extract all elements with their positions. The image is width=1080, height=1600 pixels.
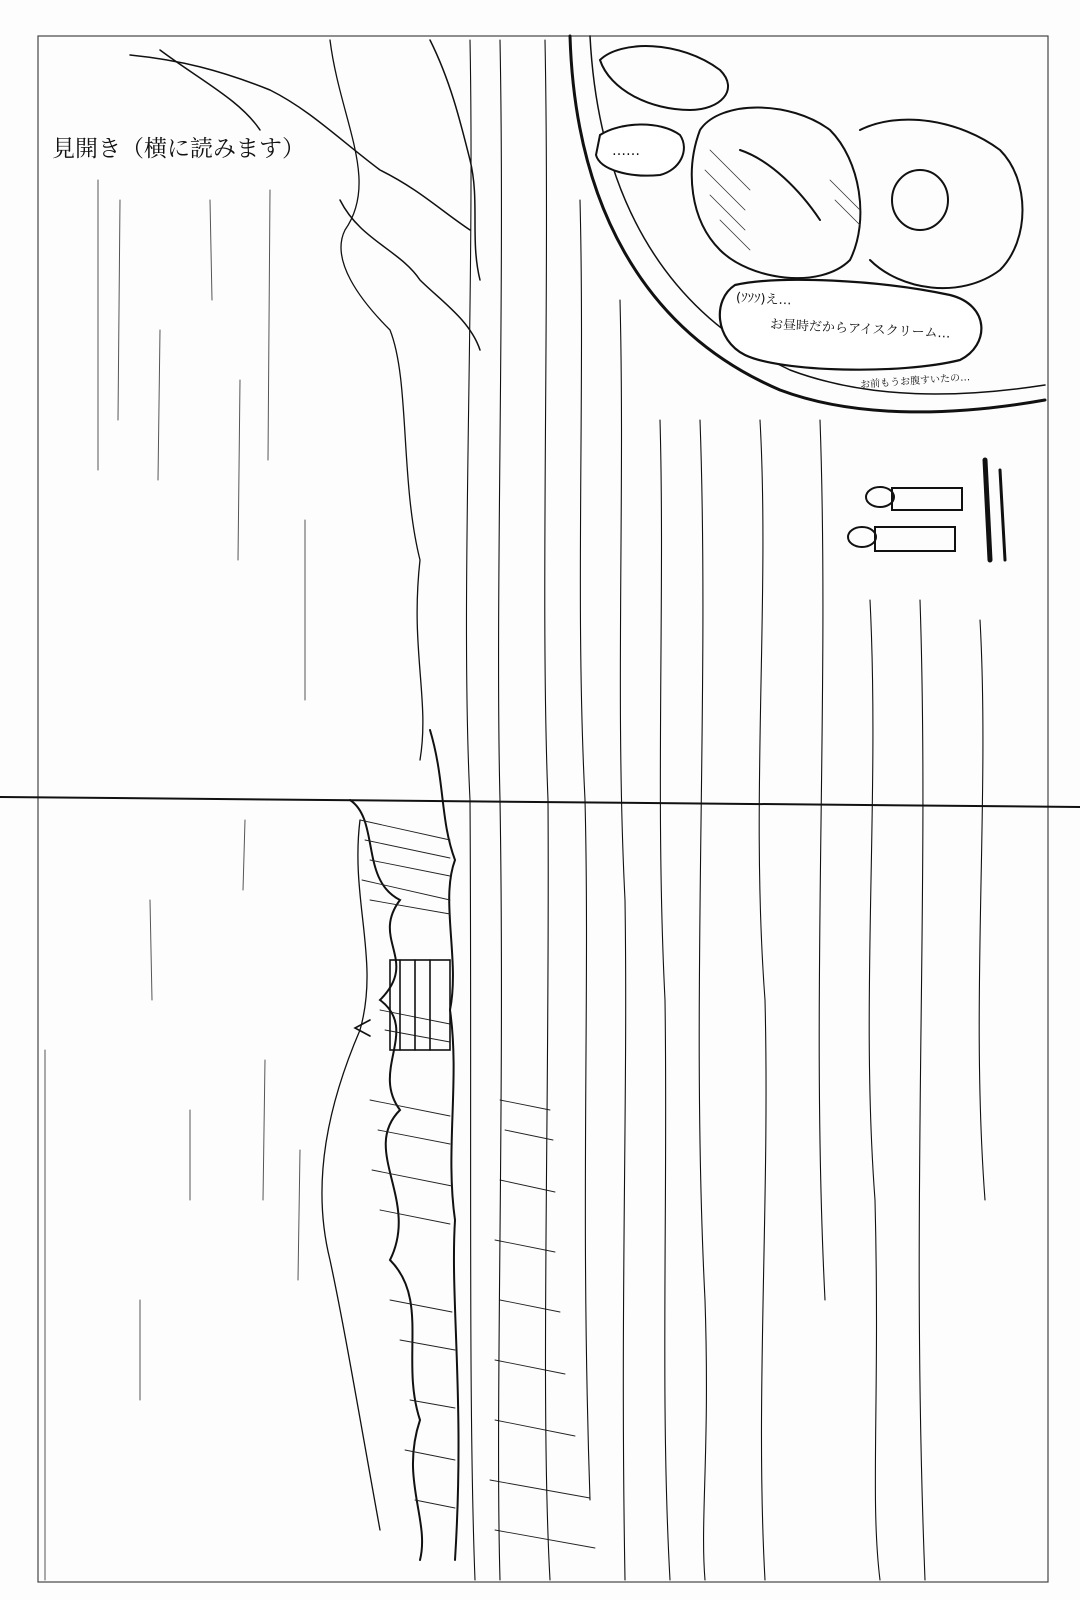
sky-texture — [45, 180, 305, 1580]
manga-artwork — [0, 0, 1080, 1600]
lake-reflections — [466, 40, 985, 1580]
mountain-line-lower — [322, 820, 380, 1530]
spread-orientation-label: 見開き（横に読みます） — [52, 130, 305, 163]
mountain-line — [330, 40, 423, 760]
ellipsis-bubble-text: …… — [612, 143, 640, 159]
main-bubble-line-1: (ｿｿｿ)え… — [736, 287, 793, 309]
fold-line — [0, 797, 1080, 807]
girl-hatching — [705, 150, 860, 250]
manga-page: 見開き（横に読みます） …… (ｿｿｿ)え… お昼時だからアイスクリーム… お前… — [0, 0, 1080, 1600]
forest-hatching — [360, 820, 595, 1548]
castle-forest — [350, 730, 459, 1560]
tree-branches — [130, 40, 480, 350]
two-figures — [848, 460, 1005, 560]
castle — [355, 960, 450, 1050]
page-border — [38, 36, 1048, 1582]
